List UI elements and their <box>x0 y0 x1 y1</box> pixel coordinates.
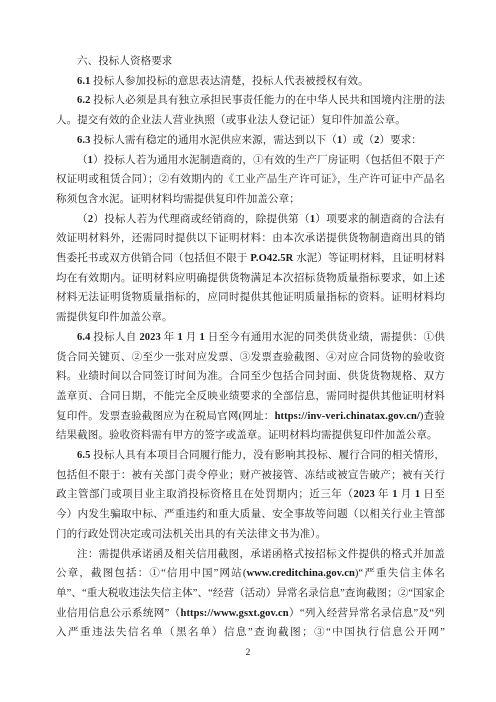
text-segment: 年 <box>375 489 392 500</box>
paragraph-5: （2）投标人若为代理商或经销商的，除提供第（1）项要求的制造商的合法有效证明材料… <box>56 210 445 328</box>
text-segment-bold: 6.1 <box>77 76 90 87</box>
text-segment: 投标人必须是具有独立承担民事责任能力的在中华人民共和国境内注册的法人。提交有效的… <box>56 95 445 126</box>
paragraph-4: （1）投标人若为通用水泥制造商的，①有效的生产厂房证明（包括但不限于产权证明或租… <box>56 151 445 210</box>
text-segment-bold: 6.4 <box>77 332 90 343</box>
text-segment: 日至今有通用水泥的同类供货业绩，需提供：①供货合同关键页、②至少一张对应发票、③… <box>56 332 445 422</box>
document-body: 六、投标人资格要求 6.1 投标人参加投标的意思表达清楚，投标人代表被授权有效。… <box>56 52 445 643</box>
text-segment: 月 <box>398 489 415 500</box>
paragraph-8: 注：需提供承诺函及相关信用截图，承诺函格式按招标文件提供的格式并加盖公章，截图包… <box>56 545 445 644</box>
paragraph-1: 6.1 投标人参加投标的意思表达清楚，投标人代表被授权有效。 <box>56 72 445 92</box>
text-segment-bold: 6.3 <box>77 135 90 146</box>
document-page: 六、投标人资格要求 6.1 投标人参加投标的意思表达清楚，投标人代表被授权有效。… <box>0 0 496 702</box>
paragraph-7: 6.5 投标人具有本项目合同履行能力，没有影响其投标、履行合同的相关情形，包括但… <box>56 446 445 545</box>
text-segment: ）投标人若为代理商或经销商的，除提供第（ <box>93 214 310 225</box>
text-segment-bold: www.creditchina.gov.cn <box>246 568 354 579</box>
page-number: 2 <box>0 648 496 658</box>
text-segment: ）或（ <box>342 135 374 146</box>
text-segment-bold: 2023 <box>353 489 374 500</box>
text-segment-bold: 2023 <box>139 332 160 343</box>
section-heading: 六、投标人资格要求 <box>56 52 445 72</box>
text-segment: （ <box>77 214 88 225</box>
paragraph-6: 6.4 投标人自 2023 年 1 月 1 日至今有通用水泥的同类供货业绩，需提… <box>56 328 445 446</box>
text-segment-bold: P.O42.5R <box>250 253 293 264</box>
text-segment: （ <box>77 155 88 166</box>
text-segment: ）要求： <box>380 135 422 146</box>
text-segment-bold: 6.2 <box>77 95 90 106</box>
text-segment-bold: https://www.gsxt.gov.cn <box>181 608 289 619</box>
paragraph-3: 6.3 投标人需有稳定的通用水泥供应来源，需达到以下（1）或（2）要求： <box>56 131 445 151</box>
text-segment-bold: https://inv-veri.chinatax.gov.cn/ <box>275 411 420 422</box>
text-segment: 投标人自 <box>90 332 139 343</box>
text-segment: 投标人参加投标的意思表达清楚，投标人代表被授权有效。 <box>90 76 368 87</box>
text-segment: 年 <box>161 332 178 343</box>
text-segment: 月 <box>183 332 200 343</box>
text-segment: 投标人需有稳定的通用水泥供应来源，需达到以下（ <box>90 135 337 146</box>
paragraph-2: 6.2 投标人必须是具有独立承担民事责任能力的在中华人民共和国境内注册的法人。提… <box>56 91 445 130</box>
text-segment: ）投标人若为通用水泥制造商的，①有效的生产厂房证明（包括但不限于产权证明或租赁合… <box>56 155 445 205</box>
text-segment-bold: 6.5 <box>77 450 90 461</box>
